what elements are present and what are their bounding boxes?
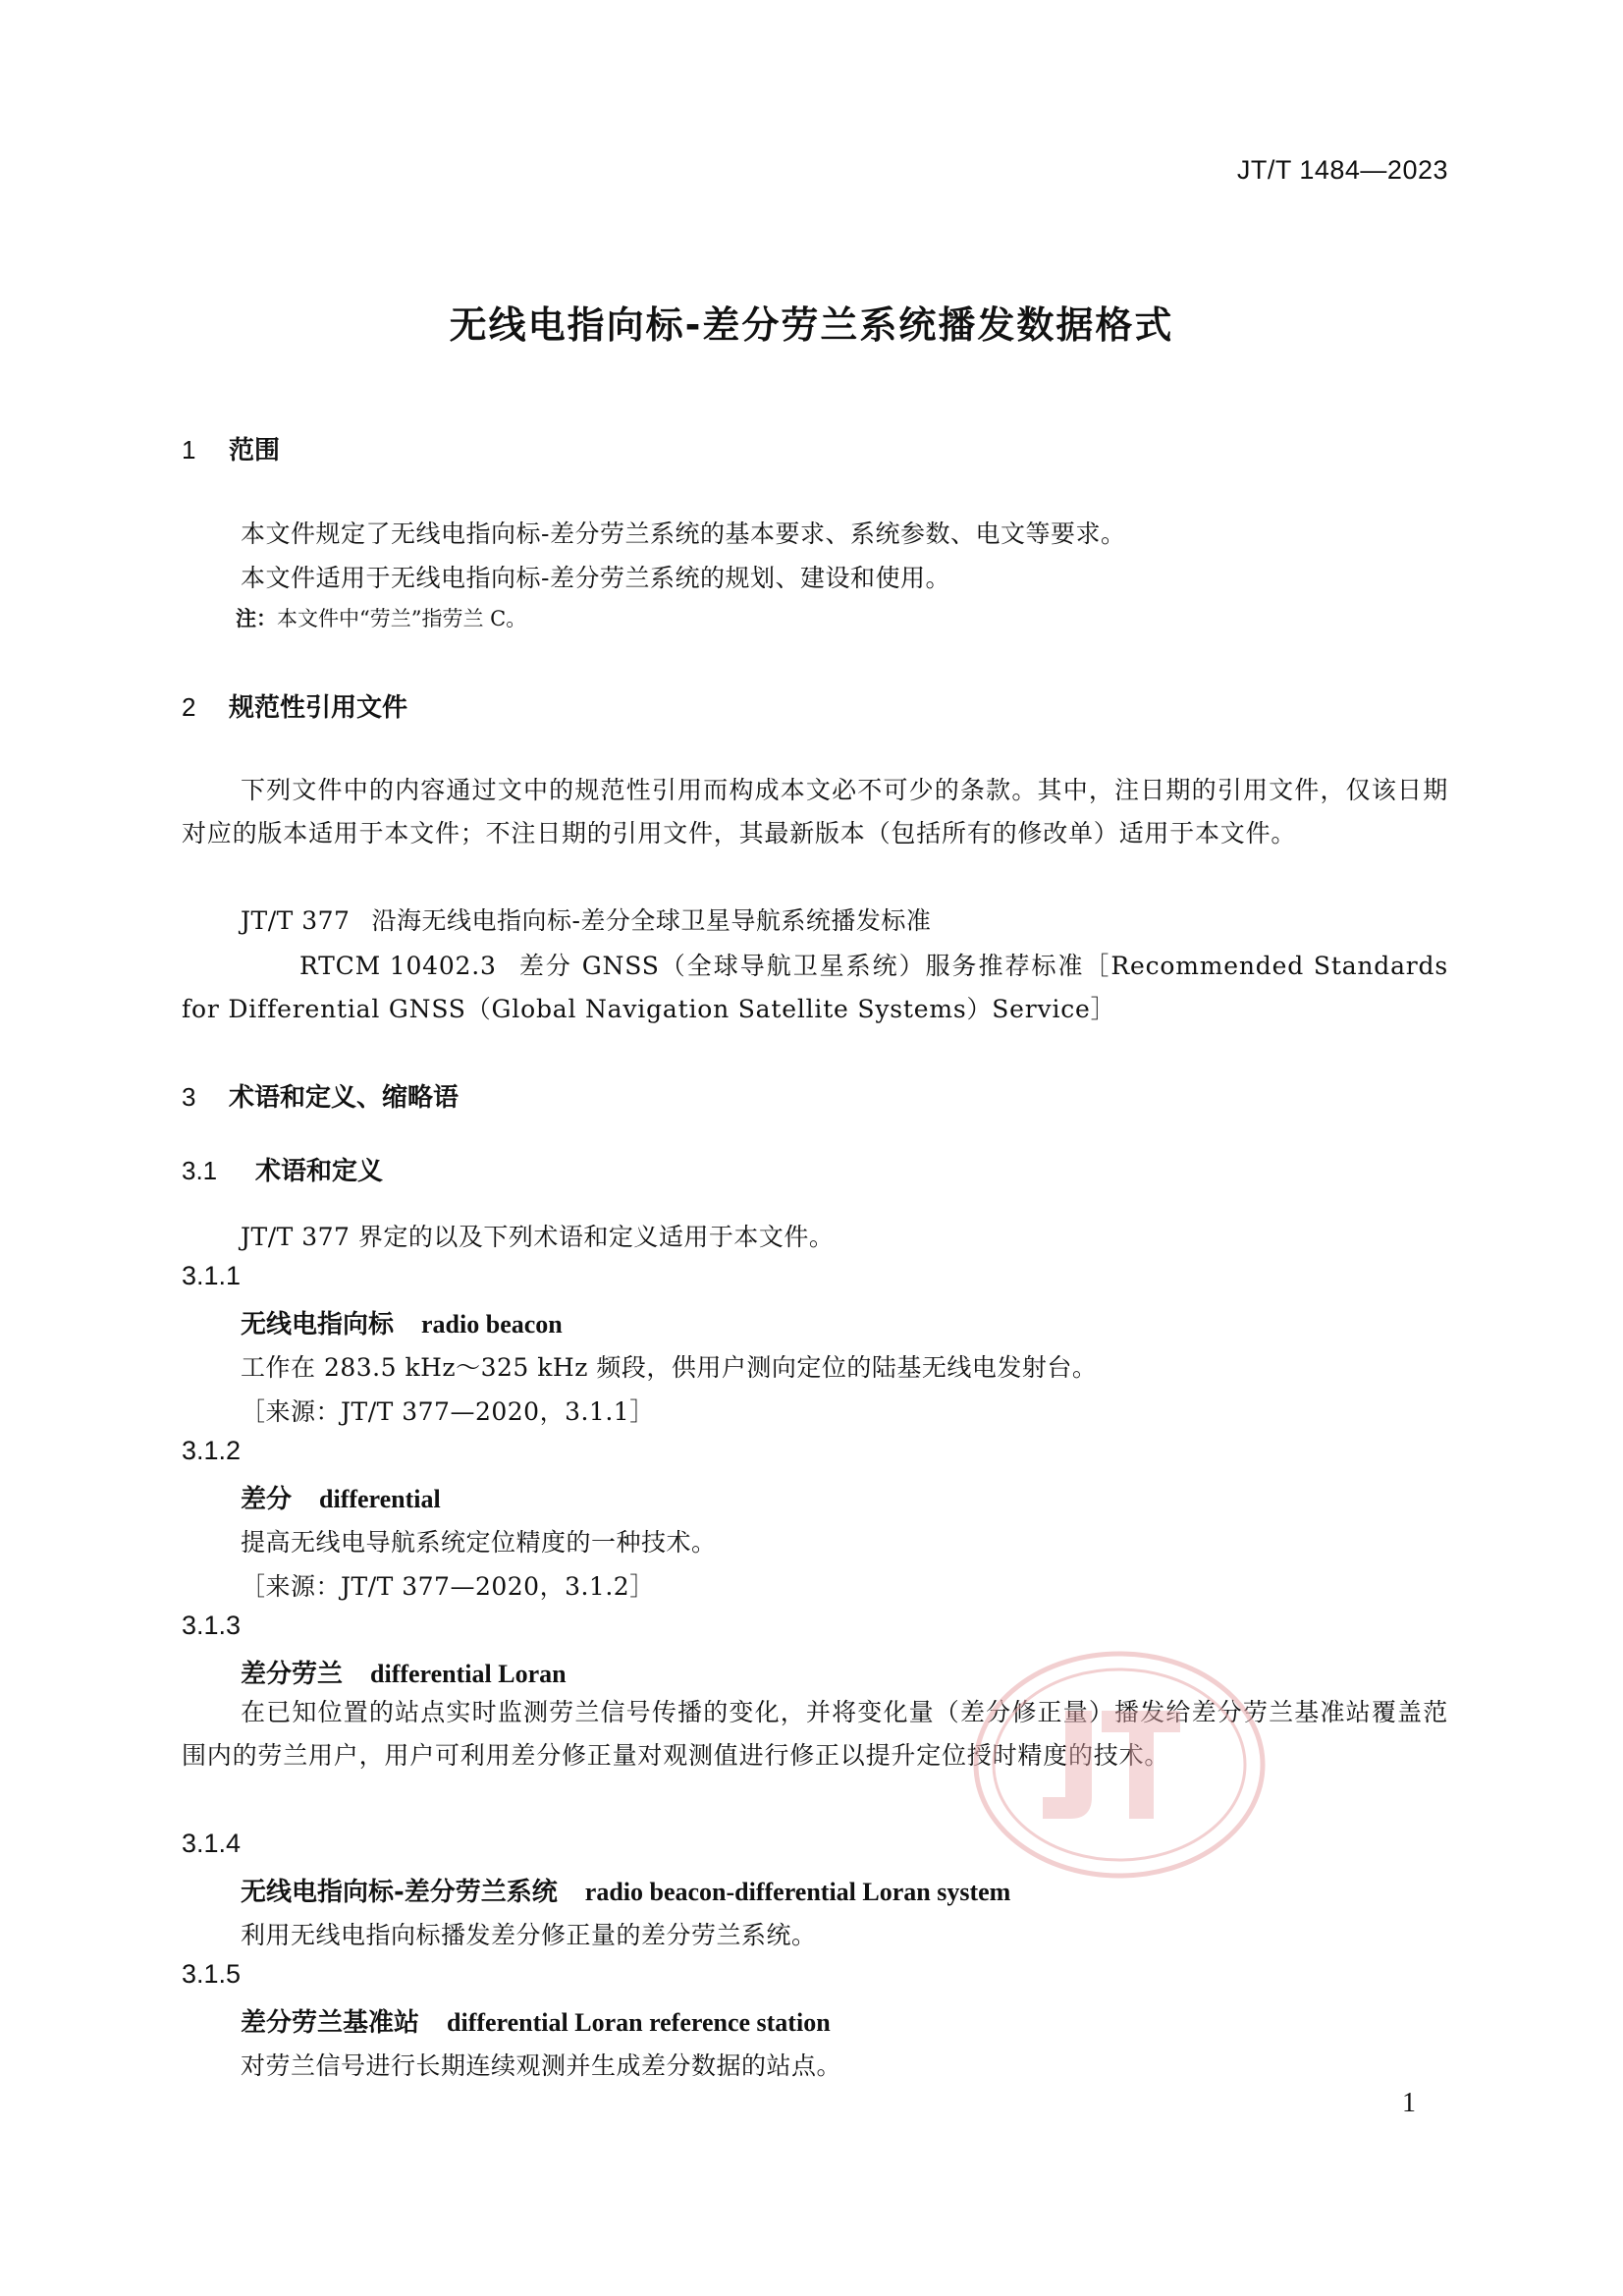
note-text: 本文件中“劳兰”指劳兰 C。: [277, 607, 526, 630]
term-source: ［来源：JT/T 377—2020，3.1.2］: [241, 1567, 655, 1603]
reference-title: 沿海无线电指向标-差分全球卫星导航系统播发标准: [371, 906, 931, 935]
scope-note: 注：本文件中“劳兰”指劳兰 C。: [236, 603, 526, 632]
terms-intro: JT/T 377 界定的以及下列术语和定义适用于本文件。: [241, 1218, 834, 1253]
page-number: 1: [1402, 2088, 1416, 2119]
section-title: 术语和定义、缩略语: [229, 1083, 459, 1113]
note-label: 注：: [236, 607, 277, 630]
section-2-heading: 2规范性引用文件: [182, 687, 407, 724]
term-title: 差分劳兰基准站differential Loran reference stat…: [241, 2002, 831, 2039]
reference-item: JT/T 377沿海无线电指向标-差分全球卫星导航系统播发标准: [241, 902, 931, 937]
term-title: 无线电指向标radio beacon: [241, 1304, 563, 1340]
scope-paragraph-2: 本文件适用于无线电指向标-差分劳兰系统的规划、建设和使用。: [241, 559, 950, 594]
term-en: radio beacon: [421, 1310, 563, 1339]
reference-code: JT/T 377: [241, 906, 350, 935]
term-definition: 在已知位置的站点实时监测劳兰信号传播的变化，并将变化量（差分修正量）播发给差分劳…: [182, 1691, 1448, 1777]
term-source: ［来源：JT/T 377—2020，3.1.1］: [241, 1393, 655, 1428]
term-en: differential Loran: [370, 1660, 567, 1688]
term-number: 3.1.2: [182, 1436, 241, 1466]
term-en: differential Loran reference station: [447, 2008, 831, 2037]
term-definition: 对劳兰信号进行长期连续观测并生成差分数据的站点。: [241, 2047, 841, 2082]
section-number: 1: [182, 435, 229, 465]
term-definition: 利用无线电指向标播发差分修正量的差分劳兰系统。: [241, 1916, 817, 1951]
term-number: 3.1.5: [182, 1959, 241, 1990]
scope-paragraph-1: 本文件规定了无线电指向标-差分劳兰系统的基本要求、系统参数、电文等要求。: [241, 515, 1125, 550]
document-title: 无线电指向标-差分劳兰系统播发数据格式: [0, 295, 1623, 349]
term-zh: 差分劳兰基准站: [241, 2008, 419, 2038]
document-code: JT/T 1484—2023: [1237, 155, 1448, 186]
term-title: 差分劳兰differential Loran: [241, 1654, 567, 1690]
section-1-heading: 1范围: [182, 430, 280, 466]
term-en: radio beacon-differential Loran system: [585, 1878, 1011, 1906]
term-definition: 提高无线电导航系统定位精度的一种技术。: [241, 1523, 717, 1558]
section-number: 2: [182, 692, 229, 723]
normative-references-intro: 下列文件中的内容通过文中的规范性引用而构成本文必不可少的条款。其中，注日期的引用…: [182, 769, 1448, 855]
term-number: 3.1.3: [182, 1611, 241, 1641]
term-en: differential: [319, 1485, 441, 1513]
term-number: 3.1.4: [182, 1829, 241, 1859]
term-zh: 无线电指向标: [241, 1310, 394, 1339]
term-title: 差分differential: [241, 1479, 441, 1515]
term-zh: 差分: [241, 1485, 292, 1514]
term-title: 无线电指向标-差分劳兰系统radio beacon-differential L…: [241, 1872, 1010, 1908]
reference-code: RTCM 10402.3: [241, 945, 497, 988]
section-3-heading: 3术语和定义、缩略语: [182, 1077, 459, 1114]
section-number: 3: [182, 1082, 229, 1113]
term-definition: 工作在 283.5 kHz～325 kHz 频段，供用户测向定位的陆基无线电发射…: [241, 1348, 1097, 1384]
document-page: JT/T 1484—2023 无线电指向标-差分劳兰系统播发数据格式 1范围 本…: [0, 0, 1623, 2296]
section-title: 规范性引用文件: [229, 693, 407, 723]
section-3-1-heading: 3.1术语和定义: [182, 1151, 383, 1187]
section-title: 范围: [229, 436, 280, 465]
reference-item: RTCM 10402.3差分 GNSS（全球导航卫星系统）服务推荐标准［Reco…: [182, 945, 1448, 1031]
term-zh: 差分劳兰: [241, 1660, 343, 1689]
section-title: 术语和定义: [255, 1157, 383, 1186]
term-zh: 无线电指向标-差分劳兰系统: [241, 1878, 558, 1907]
term-number: 3.1.1: [182, 1261, 241, 1291]
section-number: 3.1: [182, 1156, 255, 1186]
